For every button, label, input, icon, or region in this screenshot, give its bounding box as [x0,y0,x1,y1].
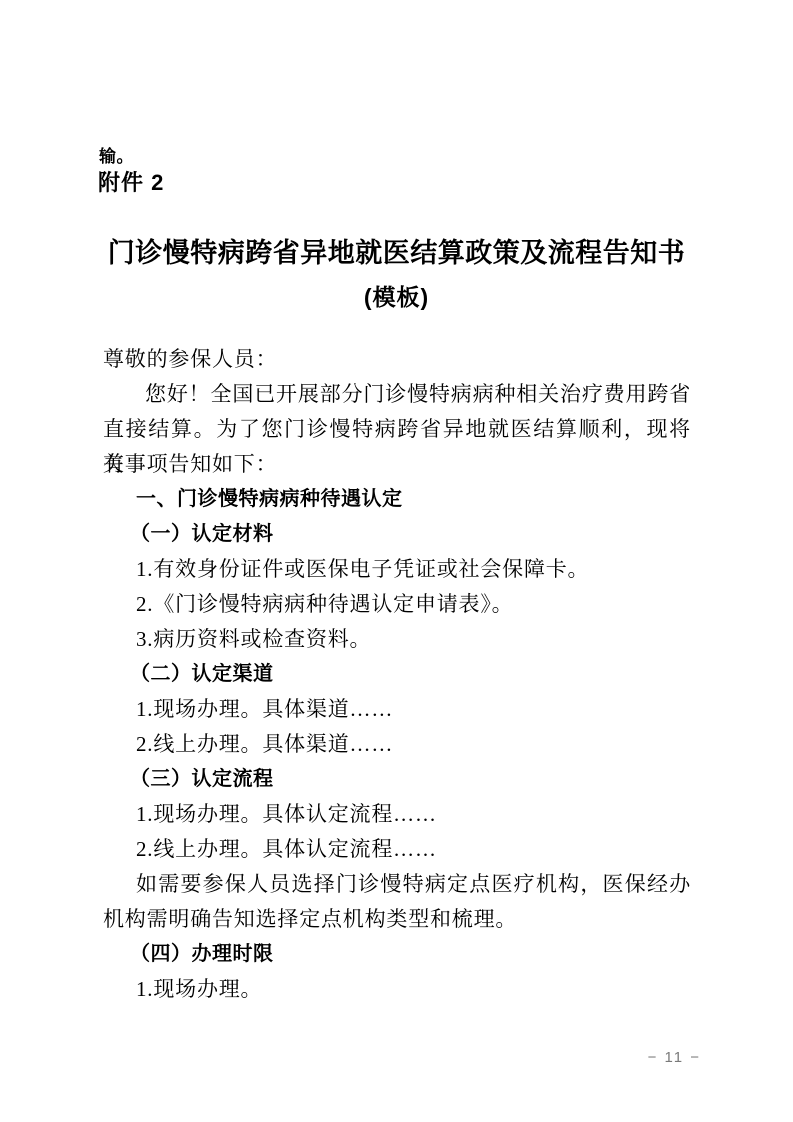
document-page: 输。 附件 2 门诊慢特病跨省异地就医结算政策及流程告知书 (模板) 尊敬的参保… [0,0,793,1122]
body-line: （二）认定渠道 [103,657,691,692]
body-line: 1.有效身份证件或医保电子凭证或社会保障卡。 [103,552,691,587]
body-line: （一）认定材料 [103,517,691,552]
body-line: 您好！全国已开展部分门诊慢特病病种相关治疗费用跨省 [103,377,691,412]
body-line: 关事项告知如下： [103,447,691,482]
body-line: 2.《门诊慢特病病种待遇认定申请表》。 [103,587,691,622]
body-line: 如需要参保人员选择门诊慢特病定点医疗机构，医保经办 [103,867,691,902]
body-line: 一、门诊慢特病病种待遇认定 [103,482,691,517]
carryover-text: 输。 [99,142,134,167]
document-subtitle: (模板) [0,279,793,312]
body-line: 3.病历资料或检查资料。 [103,622,691,657]
document-body: 尊敬的参保人员：您好！全国已开展部分门诊慢特病病种相关治疗费用跨省直接结算。为了… [103,342,691,1007]
body-line: 尊敬的参保人员： [103,342,691,377]
document-title: 门诊慢特病跨省异地就医结算政策及流程告知书 [0,231,793,270]
body-line: 2.线上办理。具体认定流程…… [103,832,691,867]
body-line: 1.现场办理。具体认定流程…… [103,797,691,832]
body-line: （四）办理时限 [103,937,691,972]
body-line: （三）认定流程 [103,762,691,797]
body-line: 1.现场办理。 [103,972,691,1007]
body-line: 机构需明确告知选择定点机构类型和梳理。 [103,902,691,937]
body-line: 1.现场办理。具体渠道…… [103,692,691,727]
page-number: − 11 − [648,1049,701,1066]
body-line: 直接结算。为了您门诊慢特病跨省异地就医结算顺利，现将有 [103,412,691,447]
body-line: 2.线上办理。具体渠道…… [103,727,691,762]
attachment-label: 附件 2 [98,166,164,197]
